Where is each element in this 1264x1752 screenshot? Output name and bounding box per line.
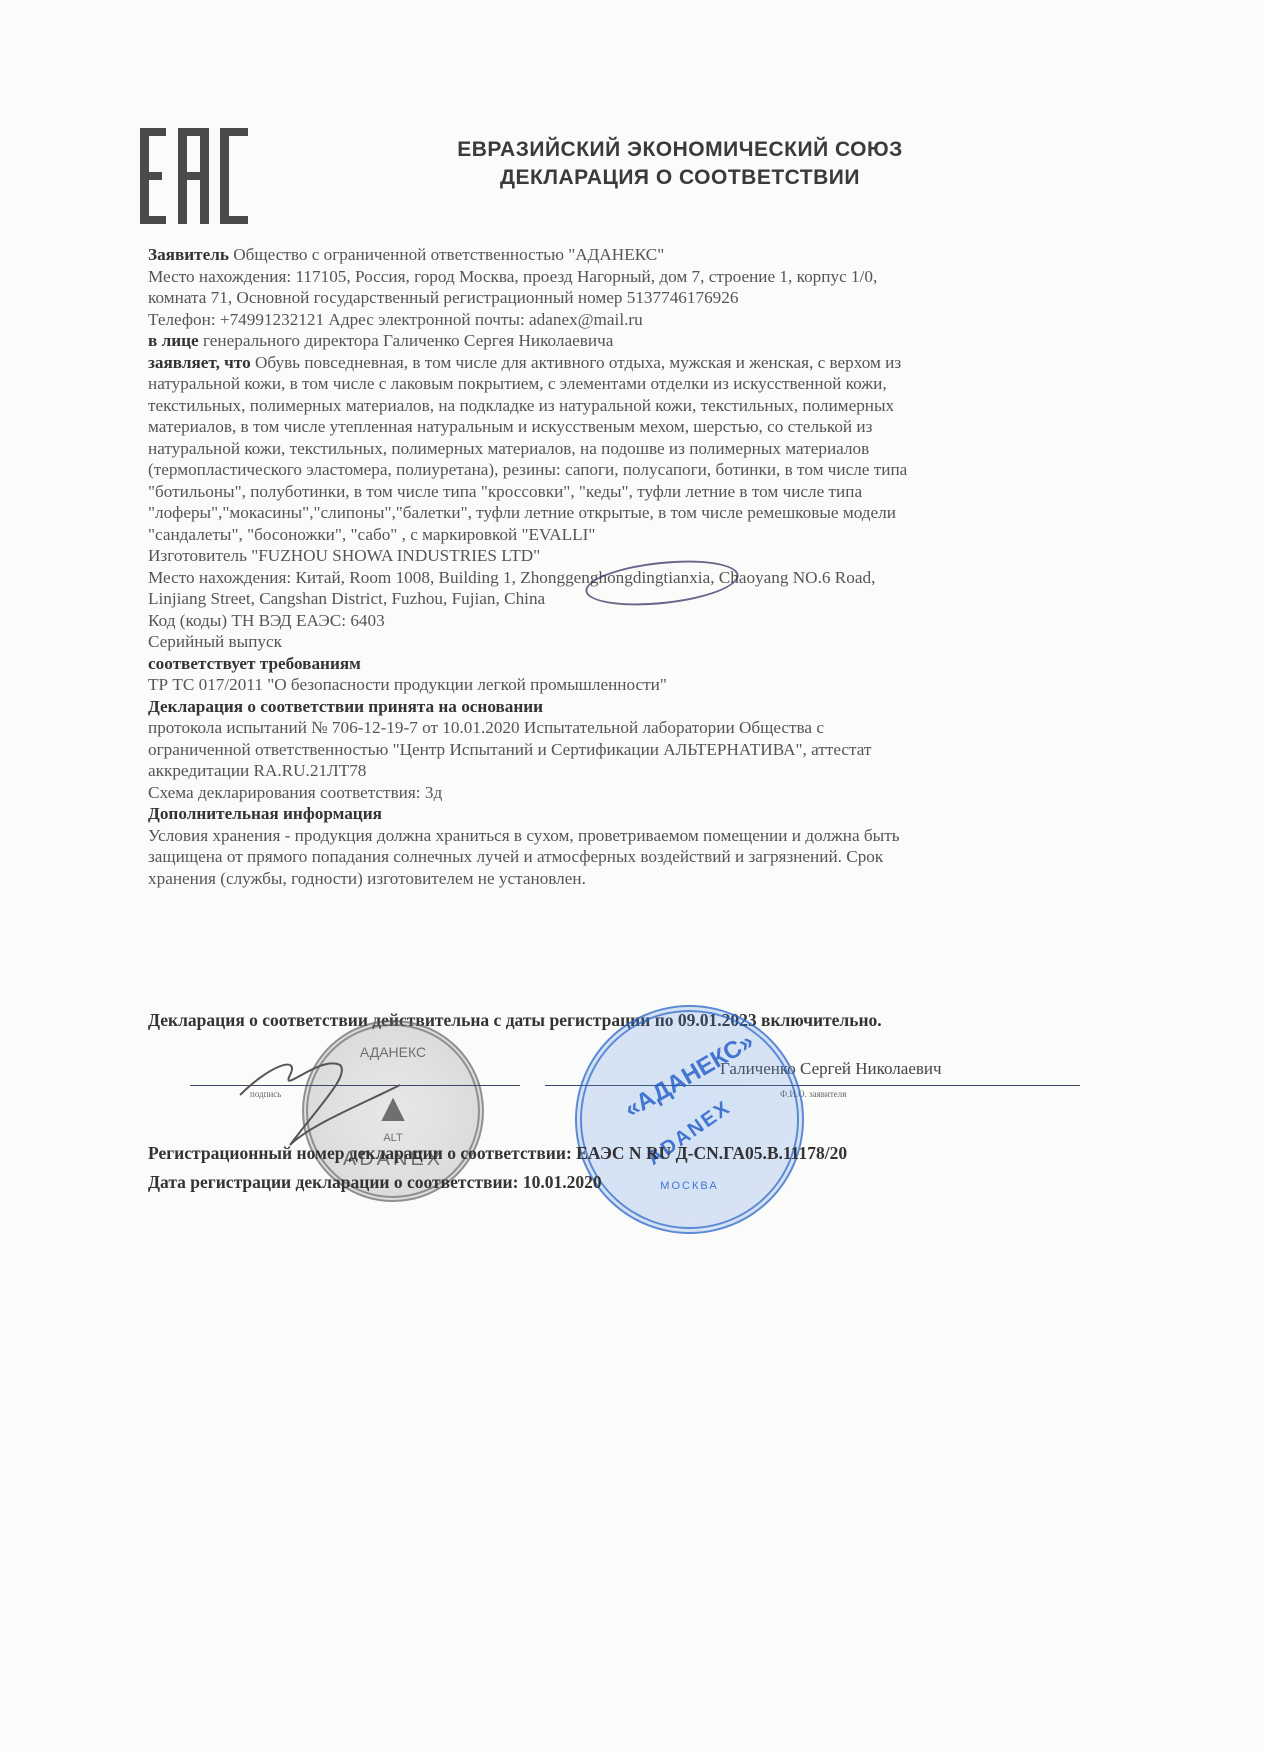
- basis-line-1: протокола испытаний № 706-12-19-7 от 10.…: [148, 717, 1098, 739]
- signature-scribble: [230, 1045, 430, 1155]
- applicant-line: Заявитель Общество с ограниченной ответс…: [148, 244, 1098, 266]
- declares-line: текстильных, полимерных материалов, на п…: [148, 395, 1098, 417]
- blue-company-seal: «АДАНЕКС» ADANEX МОСКВА: [575, 1005, 804, 1234]
- document-title: ДЕКЛАРАЦИЯ О СООТВЕТСТВИИ: [420, 164, 940, 192]
- declares-line-0: заявляет, что Обувь повседневная, в том …: [148, 352, 1098, 374]
- applicant-contacts: Телефон: +74991232121 Адрес электронной …: [148, 309, 1098, 331]
- declares-line: натуральной кожи, текстильных, полимерны…: [148, 438, 1098, 460]
- registration-number: ЕАЭС N RU Д-CN.ГА05.В.11178/20: [576, 1143, 847, 1163]
- union-title: ЕВРАЗИЙСКИЙ ЭКОНОМИЧЕСКИЙ СОЮЗ: [420, 136, 940, 164]
- declares-line: "лоферы","мокасины","слипоны","балетки",…: [148, 502, 1098, 524]
- declares-line: "ботильоны", полуботинки, в том числе ти…: [148, 481, 1098, 503]
- regulation: ТР ТС 017/2011 "О безопасности продукции…: [148, 674, 1098, 696]
- basis-line-2: ограниченной ответственностью "Центр Исп…: [148, 739, 1098, 761]
- manufacturer-line: Изготовитель "FUZHOU SHOWA INDUSTRIES LT…: [148, 545, 1098, 567]
- document-header: ЕВРАЗИЙСКИЙ ЭКОНОМИЧЕСКИЙ СОЮЗ ДЕКЛАРАЦИ…: [420, 136, 940, 192]
- applicant-address-2: комната 71, Основной государственный рег…: [148, 287, 1098, 309]
- registration-date: 10.01.2020: [523, 1172, 602, 1192]
- additional-line-1: Условия хранения - продукция должна хран…: [148, 825, 1098, 847]
- registration-date-line: Дата регистрации декларации о соответств…: [148, 1172, 602, 1193]
- release-type: Серийный выпуск: [148, 631, 1098, 653]
- declares-line: натуральной кожи, в том числе с лаковым …: [148, 373, 1098, 395]
- basis-line-3: аккредитации RA.RU.21ЛТ78: [148, 760, 1098, 782]
- declares-line: "сандалеты", "босоножки", "сабо" , с мар…: [148, 524, 1098, 546]
- declares-line: (термопластического эластомера, полиурет…: [148, 459, 1098, 481]
- eac-logo: [140, 128, 248, 224]
- declaration-body: Заявитель Общество с ограниченной ответс…: [148, 244, 1098, 889]
- representative-line: в лице генерального директора Галиченко …: [148, 330, 1098, 352]
- declares-line: материалов, в том числе утепленная натур…: [148, 416, 1098, 438]
- applicant-address-1: Место нахождения: 117105, Россия, город …: [148, 266, 1098, 288]
- basis-label: Декларация о соответствии принята на осн…: [148, 696, 1098, 718]
- conforms-label: соответствует требованиям: [148, 653, 1098, 675]
- additional-line-3: хранения (службы, годности) изготовителе…: [148, 868, 1098, 890]
- hs-code: Код (коды) ТН ВЭД ЕАЭС: 6403: [148, 610, 1098, 632]
- additional-label: Дополнительная информация: [148, 803, 1098, 825]
- additional-line-2: защищена от прямого попадания солнечных …: [148, 846, 1098, 868]
- registration-number-line: Регистрационный номер декларации о соотв…: [148, 1143, 847, 1164]
- scheme: Схема декларирования соответствия: 3д: [148, 782, 1098, 804]
